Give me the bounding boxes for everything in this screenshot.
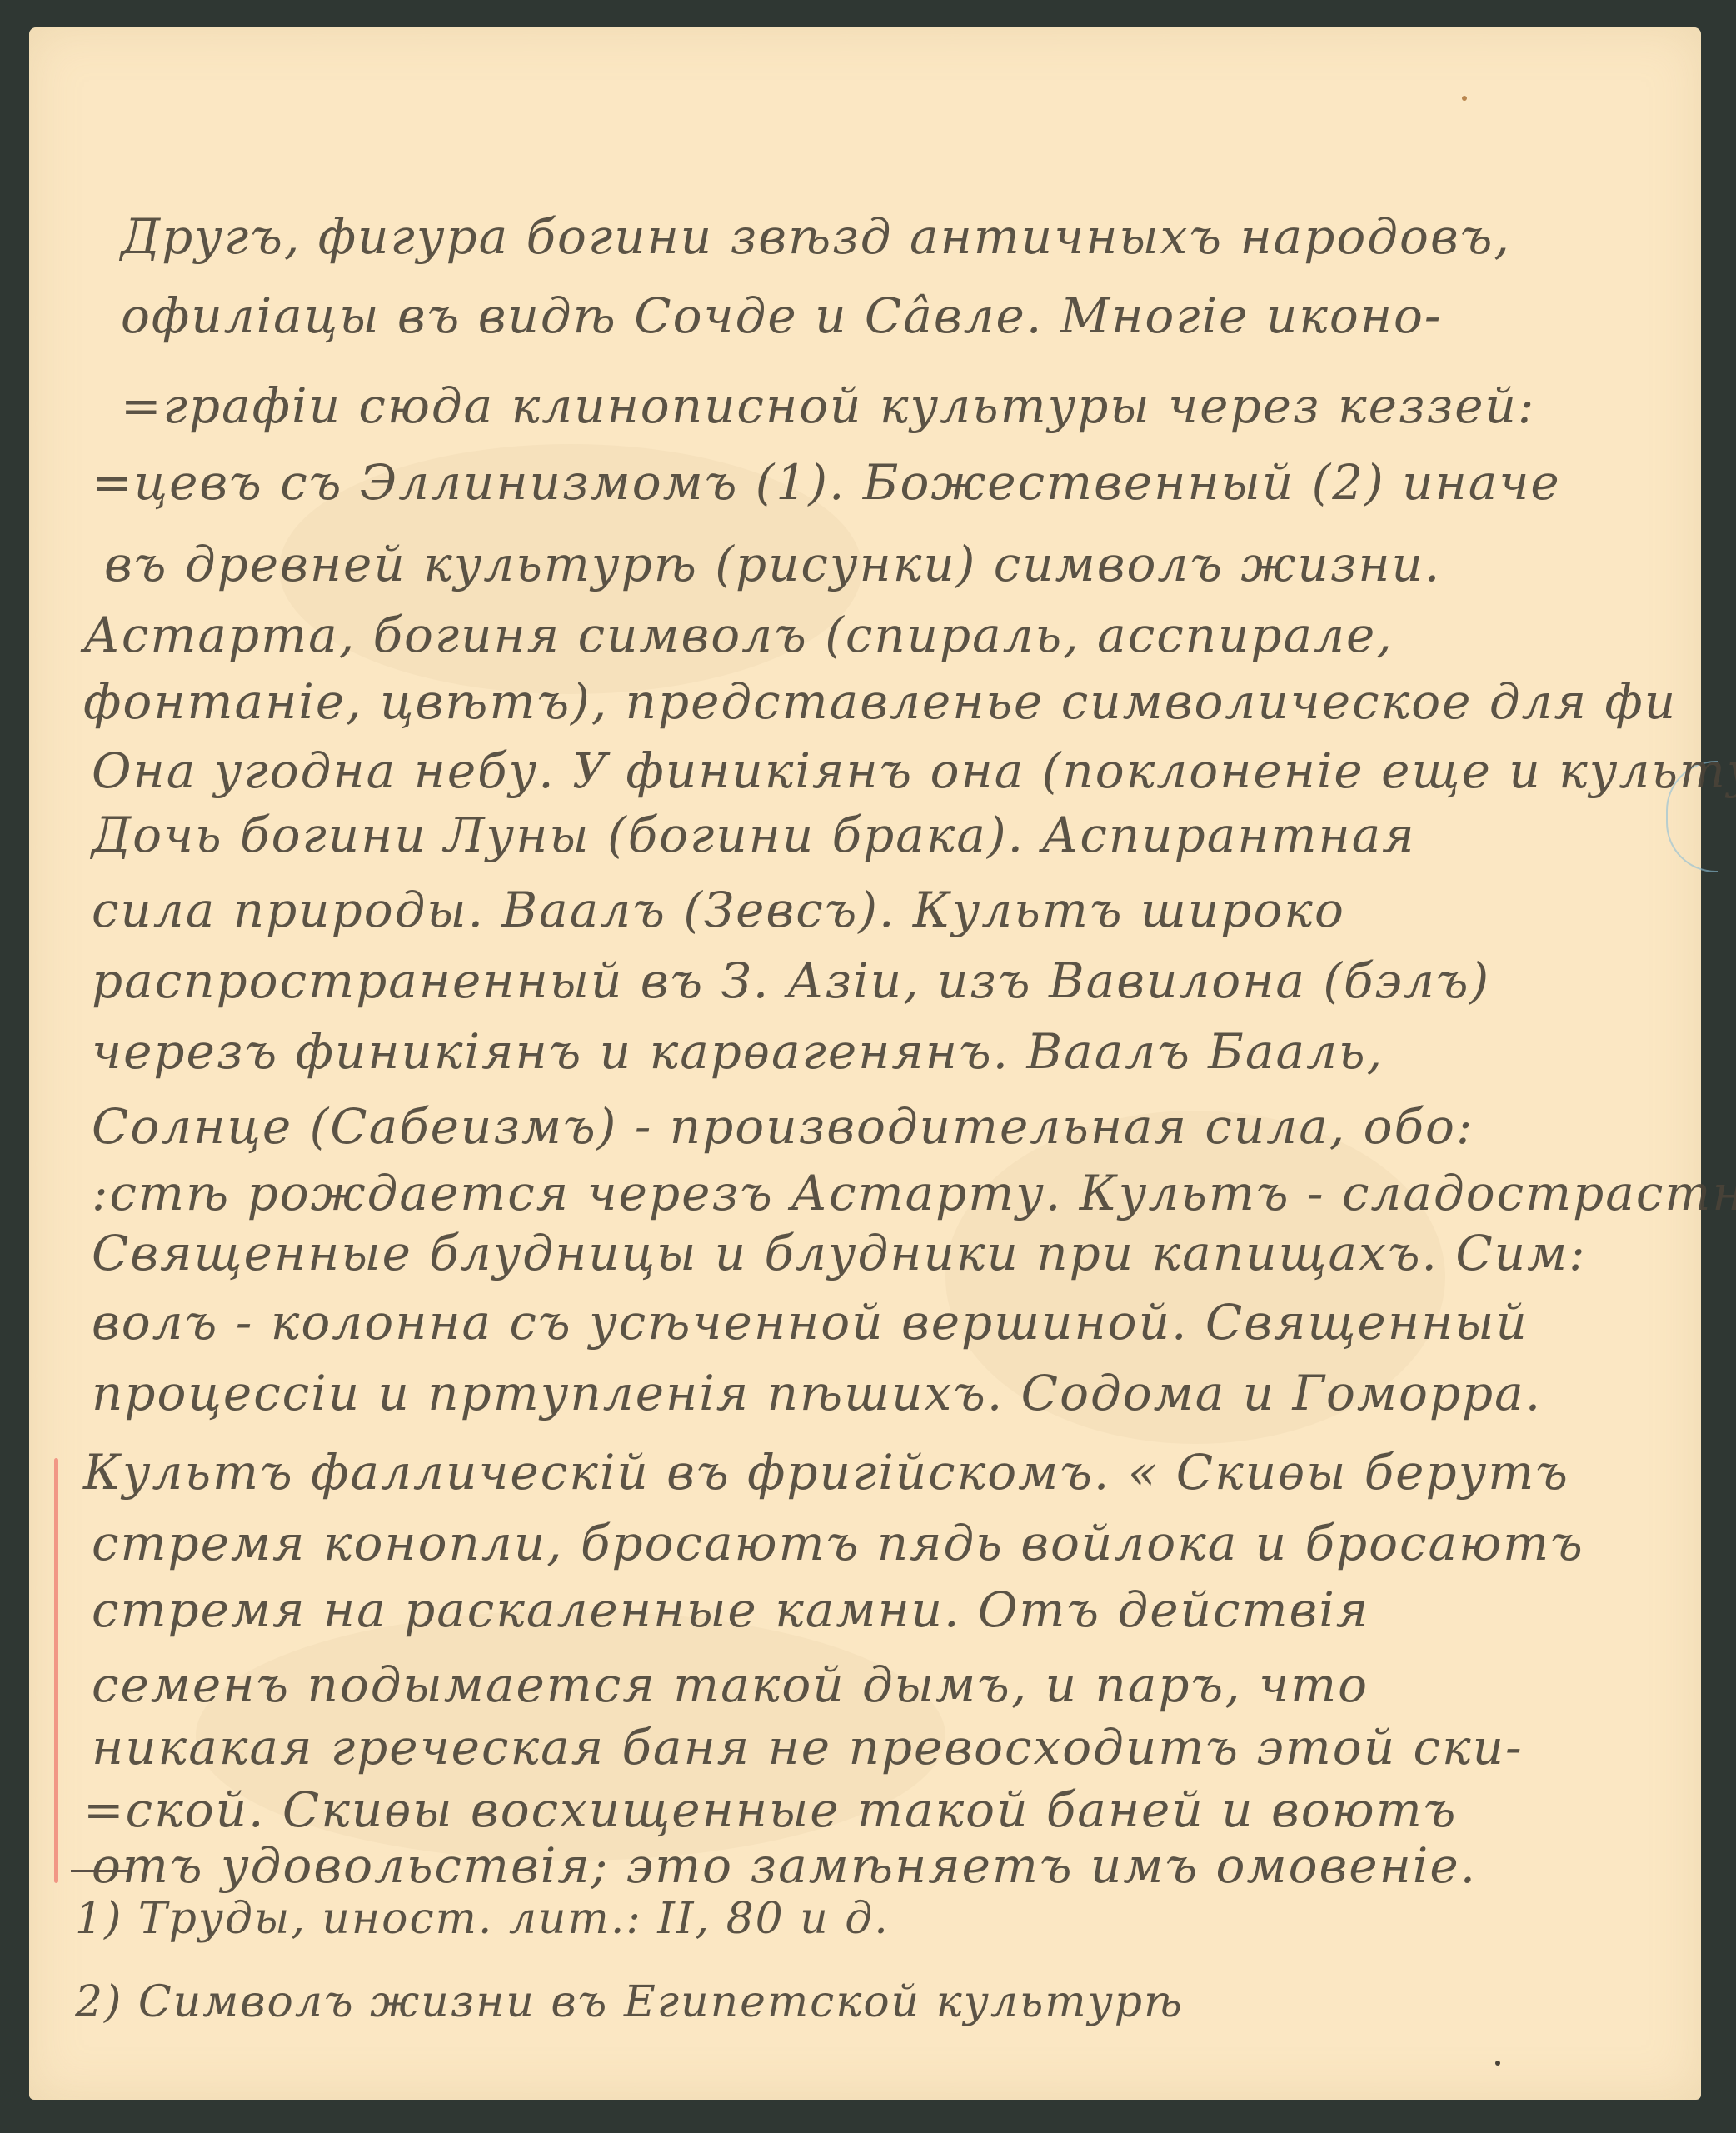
manuscript-line: Священные блудницы и блудники при капища… (92, 1225, 1587, 1281)
manuscript-line: фонтаніе, цвѣтъ), представленье символич… (83, 673, 1677, 730)
footnote-separator (71, 1870, 129, 1872)
manuscript-line: распространенный въ З. Азіи, изъ Вавилон… (92, 952, 1490, 1009)
manuscript-line: офиліацы въ видѣ Сочде и Сâвле. Многіе и… (121, 287, 1443, 344)
red-pencil-margin-line (54, 1458, 58, 1883)
manuscript-line: стремя на раскаленные камни. Отъ действі… (92, 1581, 1369, 1638)
manuscript-line: Астарта, богиня символъ (спираль, асспир… (83, 607, 1394, 663)
manuscript-line: волъ - колонна съ усѣченной вершиной. Св… (92, 1294, 1529, 1351)
manuscript-line: Дочь богини Луны (богини брака). Аспиран… (92, 807, 1416, 863)
manuscript-line: Она угодна небу. У финикіянъ она (поклон… (92, 742, 1736, 799)
footnote-1: 1) Труды, иност. лит.: II, 80 и д. (75, 1894, 890, 1944)
manuscript-line: Солнце (Сабеизмъ) - производительная сил… (92, 1098, 1474, 1155)
manuscript-page: Другъ, фигура богини звѣзд античныхъ нар… (29, 27, 1701, 2100)
manuscript-line: стремя конопли, бросаютъ пядь войлока и … (92, 1515, 1584, 1571)
manuscript-line: процессіи и пртупленія пѣшихъ. Содома и … (92, 1365, 1542, 1421)
manuscript-line: черезъ финикіянъ и карѳагенянъ. Ваалъ Ба… (92, 1023, 1384, 1080)
manuscript-line: семенъ подымается такой дымъ, и паръ, чт… (92, 1656, 1369, 1713)
manuscript-line: =цевъ съ Эллинизмомъ (1). Божественный (… (92, 454, 1561, 511)
manuscript-line: въ древней культурѣ (рисунки) символъ жи… (104, 536, 1441, 592)
manuscript-line: отъ удовольствія; это замѣняетъ имъ омов… (92, 1837, 1477, 1894)
manuscript-line: =графіи сюда клинописной культуры через … (121, 377, 1535, 434)
manuscript-line: Другъ, фигура богини звѣзд античныхъ нар… (121, 208, 1511, 265)
ink-dot (1495, 2061, 1500, 2066)
manuscript-line: сила природы. Ваалъ (Зевсъ). Культъ широ… (92, 882, 1345, 938)
manuscript-line: никакая греческая баня не превосходитъ э… (92, 1719, 1524, 1776)
manuscript-line: :стѣ рождается черезъ Астарту. Культъ - … (92, 1165, 1736, 1221)
ink-dot (1462, 96, 1467, 101)
manuscript-line: =ской. Скиѳы восхищенные такой баней и в… (83, 1781, 1457, 1838)
manuscript-line: Культъ фаллическій въ фригійскомъ. « Ски… (83, 1444, 1569, 1501)
footnote-2: 2) Символъ жизни въ Египетской культурѣ (75, 1977, 1184, 2027)
